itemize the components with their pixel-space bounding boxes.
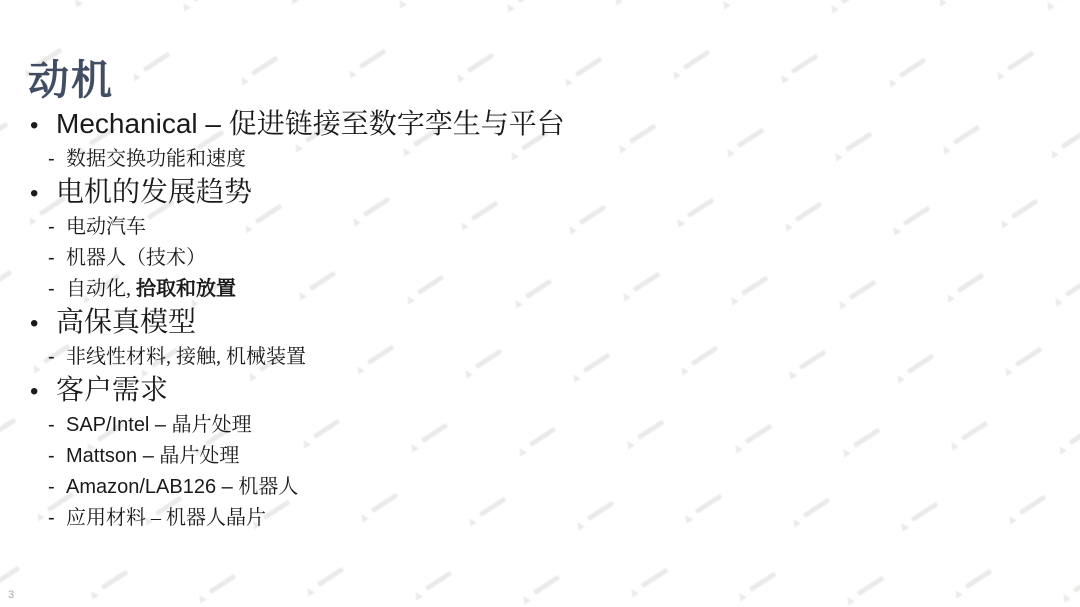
watermark-mark: ▲ [782,346,828,382]
watermark-mark: ▲ [342,45,388,81]
bullet-text-cn: 电机的发展趋势 [56,177,252,208]
watermark-text-smudge [1065,277,1080,298]
watermark-text-smudge [533,575,561,596]
watermark-mark: ▲ [234,52,280,88]
bullet-motor-trends: •电机的发展趋势 [30,175,565,212]
page-number: 3 [8,589,14,601]
watermark-text-smudge [1061,129,1080,150]
bullet-marker: • [30,306,56,342]
watermark-mark: ▲ [732,568,778,604]
watermark-mark: ▲ [450,49,496,85]
dash-marker: - [48,212,66,243]
bullet-text-cn: 高保真模型 [56,307,196,338]
watermark-text-smudge [517,0,545,3]
watermark-text-smudge [841,0,869,4]
watermark-logo-icon: ▲ [886,221,904,239]
watermark-logo-icon: ▲ [342,64,360,82]
watermark-mark: ▲ [126,48,172,84]
watermark-text-smudge [629,124,657,145]
watermark-logo-icon: ▲ [944,436,962,454]
watermark-mark: ▲ [836,424,882,460]
watermark-mark: ▲ [1056,569,1080,605]
watermark-mark: ▲ [674,342,720,378]
watermark-mark: ▲ [832,276,878,312]
dash-marker: - [48,410,66,441]
watermark-mark: ▲ [0,266,15,302]
watermark-logo-icon: ▲ [936,140,954,158]
watermark-text-smudge [691,346,719,367]
watermark-mark: ▲ [940,269,986,305]
watermark-mark: ▲ [68,0,114,11]
watermark-mark: ▲ [716,0,762,13]
watermark-mark: ▲ [778,198,824,234]
watermark-text-smudge [587,501,615,522]
watermark-text-smudge [799,350,827,371]
watermark-text-smudge [857,576,885,597]
watermark-text-smudge [1069,425,1080,446]
sub-text: 非线性材料, 接触, 机械装置 [66,346,306,368]
watermark-mark: ▲ [948,565,994,601]
watermark-logo-icon: ▲ [516,590,534,607]
sub-mattson: -Mattson – 晶片处理 [30,441,565,472]
sub-text-cn: 晶片处理 [172,414,252,436]
watermark-mark: ▲ [1048,273,1080,309]
watermark-logo-icon: ▲ [932,0,950,10]
dash-marker: - [48,472,66,503]
watermark-logo-icon: ▲ [608,0,626,9]
sub-data-exchange: -数据交换功能和速度 [30,144,565,175]
watermark-logo-icon: ▲ [126,67,144,85]
watermark-logo-icon: ▲ [720,143,738,161]
watermark-logo-icon: ▲ [836,443,854,461]
dash-marker: - [48,342,66,373]
watermark-logo-icon: ▲ [990,66,1008,84]
watermark-text-smudge [1019,495,1047,516]
watermark-logo-icon: ▲ [832,295,850,313]
watermark-logo-icon: ▲ [948,584,966,602]
bullet-text-latin: Mechanical – [56,108,229,139]
bullet-mechanical: •Mechanical – 促进链接至数字孪生与平台 [30,106,565,144]
watermark-mark: ▲ [0,0,7,7]
watermark-text-smudge [845,132,873,153]
sub-robotics: -机器人（技术） [30,243,565,274]
watermark-logo-icon: ▲ [450,68,468,86]
watermark-mark: ▲ [890,350,936,386]
watermark-text-smudge [803,498,831,519]
watermark-logo-icon: ▲ [392,0,410,12]
watermark-text-smudge [1015,347,1043,368]
watermark-text-smudge [791,54,819,75]
watermark-mark: ▲ [720,124,766,160]
watermark-mark: ▲ [990,47,1036,83]
watermark-mark: ▲ [666,46,712,82]
watermark-text-smudge [0,122,8,143]
watermark-text-smudge [101,570,129,591]
watermark-logo-icon: ▲ [192,589,210,607]
bullet-customer-needs: •客户需求 [30,373,565,410]
watermark-logo-icon: ▲ [234,71,252,89]
watermark-text-smudge [637,420,665,441]
watermark-logo-icon: ▲ [562,220,580,238]
watermark-text-smudge [143,52,171,73]
watermark-text-smudge [695,494,723,515]
watermark-mark: ▲ [176,0,222,15]
watermark-text-smudge [583,353,611,374]
watermark-mark: ▲ [408,567,454,603]
watermark-mark: ▲ [786,494,832,530]
watermark-text-smudge [687,198,715,219]
watermark-mark: ▲ [1044,125,1080,161]
watermark-logo-icon: ▲ [566,368,584,386]
sub-text-latin: Amazon/LAB126 – [66,476,238,498]
watermark-logo-icon: ▲ [624,583,642,601]
watermark-logo-icon: ▲ [1002,510,1020,528]
sub-applied-materials: -应用材料 – 机器人晶片 [30,503,565,534]
watermark-logo-icon: ▲ [1044,144,1062,162]
watermark-logo-icon: ▲ [882,73,900,91]
sub-amazon-lab126: -Amazon/LAB126 – 机器人 [30,472,565,503]
watermark-logo-icon: ▲ [998,362,1016,380]
watermark-text-smudge [795,202,823,223]
watermark-text-smudge [957,273,985,294]
watermark-mark: ▲ [0,118,11,154]
watermark-text-smudge [953,125,981,146]
watermark-logo-icon: ▲ [68,0,86,11]
watermark-mark: ▲ [824,0,870,17]
sub-nonlinear-materials: -非线性材料, 接触, 机械装置 [30,342,565,373]
watermark-mark: ▲ [516,571,562,607]
sub-text-cn: 应用材料 – 机器人晶片 [66,507,266,529]
watermark-text-smudge [961,421,989,442]
watermark-text-smudge [745,424,773,445]
dash-marker: - [48,503,66,534]
watermark-mark: ▲ [192,570,238,606]
watermark-logo-icon: ▲ [674,361,692,379]
watermark-logo-icon: ▲ [408,586,426,604]
watermark-logo-icon: ▲ [176,0,194,15]
watermark-mark: ▲ [944,417,990,453]
watermark-mark: ▲ [936,121,982,157]
watermark-text-smudge [1007,51,1035,72]
watermark-logo-icon: ▲ [1056,588,1074,606]
watermark-mark: ▲ [678,490,724,526]
watermark-mark: ▲ [724,272,770,308]
watermark-text-smudge [579,205,607,226]
watermark-text-smudge [749,572,777,593]
watermark-logo-icon: ▲ [732,587,750,605]
watermark-text-smudge [425,571,453,592]
watermark-text-smudge [633,272,661,293]
watermark-mark: ▲ [300,563,346,599]
watermark-mark: ▲ [624,564,670,600]
watermark-text-smudge [683,50,711,71]
watermark-mark: ▲ [882,54,928,90]
watermark-logo-icon: ▲ [994,214,1012,232]
dash-marker: - [48,144,66,175]
watermark-text-smudge [193,0,221,2]
watermark-mark: ▲ [1052,421,1080,457]
watermark-mark: ▲ [994,195,1040,231]
watermark-mark: ▲ [392,0,438,12]
watermark-text-smudge [911,502,939,523]
watermark-text-smudge [359,49,387,70]
sub-text-cn: 晶片处理 [159,445,239,467]
watermark-logo-icon: ▲ [670,213,688,231]
watermark-mark: ▲ [828,128,874,164]
watermark-mark: ▲ [620,416,666,452]
watermark-mark: ▲ [1040,0,1080,14]
watermark-logo-icon: ▲ [84,585,102,603]
watermark-mark: ▲ [608,0,654,9]
watermark-text-smudge [317,567,345,588]
slide-canvas: ▲▲▲▲▲▲▲▲▲▲▲▲▲▲▲▲▲▲▲▲▲▲▲▲▲▲▲▲▲▲▲▲▲▲▲▲▲▲▲▲… [0,0,1080,607]
sub-text: 数据交换功能和速度 [66,148,246,170]
watermark-logo-icon: ▲ [782,365,800,383]
sub-text-latin: Mattson – [66,445,159,467]
watermark-logo-icon: ▲ [678,509,696,527]
watermark-logo-icon: ▲ [666,65,684,83]
watermark-mark: ▲ [558,53,604,89]
watermark-logo-icon: ▲ [786,513,804,531]
watermark-logo-icon: ▲ [724,291,742,309]
sub-text: 电动汽车 [66,216,146,238]
watermark-mark: ▲ [728,420,774,456]
watermark-logo-icon: ▲ [500,0,518,16]
watermark-logo-icon: ▲ [284,0,302,8]
watermark-text-smudge [899,58,927,79]
watermark-mark: ▲ [0,414,19,450]
watermark-logo-icon: ▲ [894,517,912,535]
watermark-text-smudge [641,568,669,589]
watermark-text-smudge [1057,0,1080,1]
watermark-text-smudge [853,428,881,449]
bullet-marker: • [30,374,56,410]
watermark-logo-icon: ▲ [1052,440,1070,458]
watermark-mark: ▲ [566,349,612,385]
watermark-text-smudge [965,569,993,590]
watermark-logo-icon: ▲ [774,69,792,87]
watermark-logo-icon: ▲ [1048,292,1066,310]
watermark-logo-icon: ▲ [940,288,958,306]
watermark-logo-icon: ▲ [300,582,318,600]
watermark-mark: ▲ [612,120,658,156]
watermark-mark: ▲ [570,497,616,533]
watermark-text-smudge [467,53,495,74]
watermark-text-smudge [737,128,765,149]
watermark-logo-icon: ▲ [558,72,576,90]
watermark-mark: ▲ [894,498,940,534]
watermark-mark: ▲ [500,0,546,16]
dash-marker: - [48,441,66,472]
watermark-mark: ▲ [774,50,820,86]
watermark-logo-icon: ▲ [828,147,846,165]
watermark-logo-icon: ▲ [620,435,638,453]
watermark-mark: ▲ [284,0,330,8]
watermark-logo-icon: ▲ [840,591,858,607]
bullet-marker: • [30,108,56,144]
slide-title: 动机 [28,55,114,106]
sub-text-bold: 拾取和放置 [136,278,236,300]
watermark-logo-icon: ▲ [890,369,908,387]
sub-text-cn: 机器人 [238,476,298,498]
bullet-text-cn: 客户需求 [56,375,168,406]
bullet-list: •Mechanical – 促进链接至数字孪生与平台 -数据交换功能和速度 •电… [30,106,565,534]
watermark-logo-icon: ▲ [612,139,630,157]
watermark-text-smudge [575,57,603,78]
bullet-marker: • [30,176,56,212]
watermark-text-smudge [1073,573,1080,594]
watermark-text-smudge [0,270,12,291]
watermark-text-smudge [251,56,279,77]
sub-text: 自动化, [66,278,136,300]
watermark-mark: ▲ [1002,491,1048,527]
dash-marker: - [48,274,66,305]
watermark-text-smudge [903,206,931,227]
watermark-text-smudge [0,418,16,439]
watermark-text-smudge [849,280,877,301]
sub-text-latin: SAP/Intel – [66,414,172,436]
sub-sap-intel: -SAP/Intel – 晶片处理 [30,410,565,441]
bullet-text-cn: 促进链接至数字孪生与平台 [229,109,565,140]
watermark-logo-icon: ▲ [616,287,634,305]
watermark-mark: ▲ [998,343,1044,379]
watermark-logo-icon: ▲ [570,516,588,534]
watermark-text-smudge [209,574,237,595]
watermark-mark: ▲ [886,202,932,238]
watermark-logo-icon: ▲ [824,0,842,17]
watermark-text-smudge [1011,199,1039,220]
watermark-logo-icon: ▲ [778,217,796,235]
watermark-mark: ▲ [616,268,662,304]
sub-text: 机器人（技术） [66,247,206,269]
watermark-mark: ▲ [562,201,608,237]
watermark-mark: ▲ [840,572,886,607]
sub-electric-vehicles: -电动汽车 [30,212,565,243]
watermark-mark: ▲ [84,566,130,602]
dash-marker: - [48,243,66,274]
watermark-text-smudge [741,276,769,297]
watermark-text-smudge [0,566,20,587]
sub-automation-pick-place: -自动化, 拾取和放置 [30,274,565,305]
watermark-logo-icon: ▲ [716,0,734,13]
watermark-text-smudge [907,354,935,375]
watermark-mark: ▲ [670,194,716,230]
watermark-logo-icon: ▲ [728,439,746,457]
watermark-mark: ▲ [932,0,978,10]
watermark-logo-icon: ▲ [1040,0,1058,14]
bullet-high-fidelity-models: •高保真模型 [30,305,565,342]
